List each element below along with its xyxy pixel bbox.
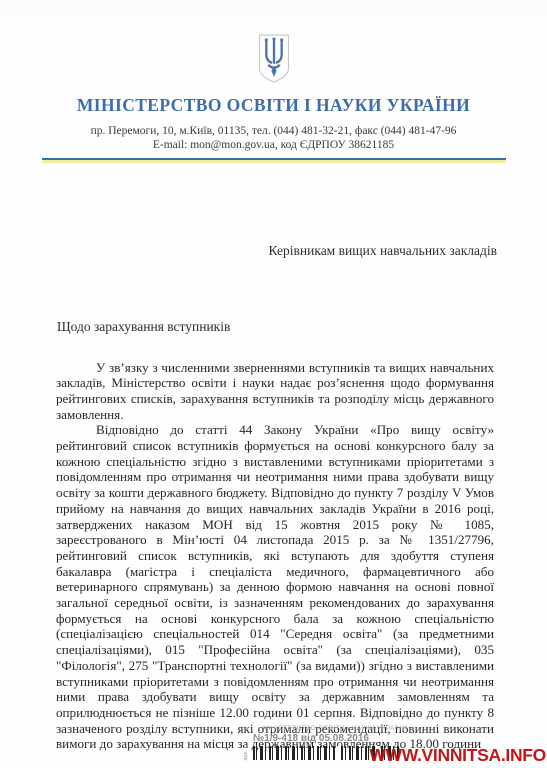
stamp-registration-number: №1/9-418 від 05.08.2016 (253, 733, 407, 744)
recipient-line: Керівникам вищих навчальних закладів (0, 243, 547, 259)
ministry-title: МІНІСТЕРСТВО ОСВІТИ І НАУКИ УКРАЇНИ (0, 95, 547, 116)
ministry-address: пр. Перемоги, 10, м.Київ, 01135, тел. (0… (0, 125, 547, 137)
stamp-org-line: МІНІСТЕРСТВО ОСВІТИ І НАУКИ УКРАЇНИ (263, 725, 407, 732)
ministry-email-line: E-mail: mon@mon.gov.ua, код ЄДРПОУ 38621… (0, 139, 547, 151)
site-watermark: WWW.VINNITSA.INFO (369, 745, 546, 766)
subject-line: Щодо зарахування вступників (0, 319, 547, 335)
flag-separator-line (42, 158, 506, 163)
scanned-letter-page: МІНІСТЕРСТВО ОСВІТИ І НАУКИ УКРАЇНИ пр. … (0, 0, 547, 768)
letterhead: МІНІСТЕРСТВО ОСВІТИ І НАУКИ УКРАЇНИ пр. … (0, 0, 547, 163)
body-paragraph-2: Відповідно до статті 44 Закону України «… (56, 422, 494, 752)
body-paragraph-1: У зв’язку з численними зверненнями вступ… (56, 360, 494, 423)
letter-body: У зв’язку з численними зверненнями вступ… (56, 360, 494, 753)
sheet-number-label: арк. 1 (243, 746, 249, 761)
ukraine-trident-emblem-icon (256, 34, 292, 84)
